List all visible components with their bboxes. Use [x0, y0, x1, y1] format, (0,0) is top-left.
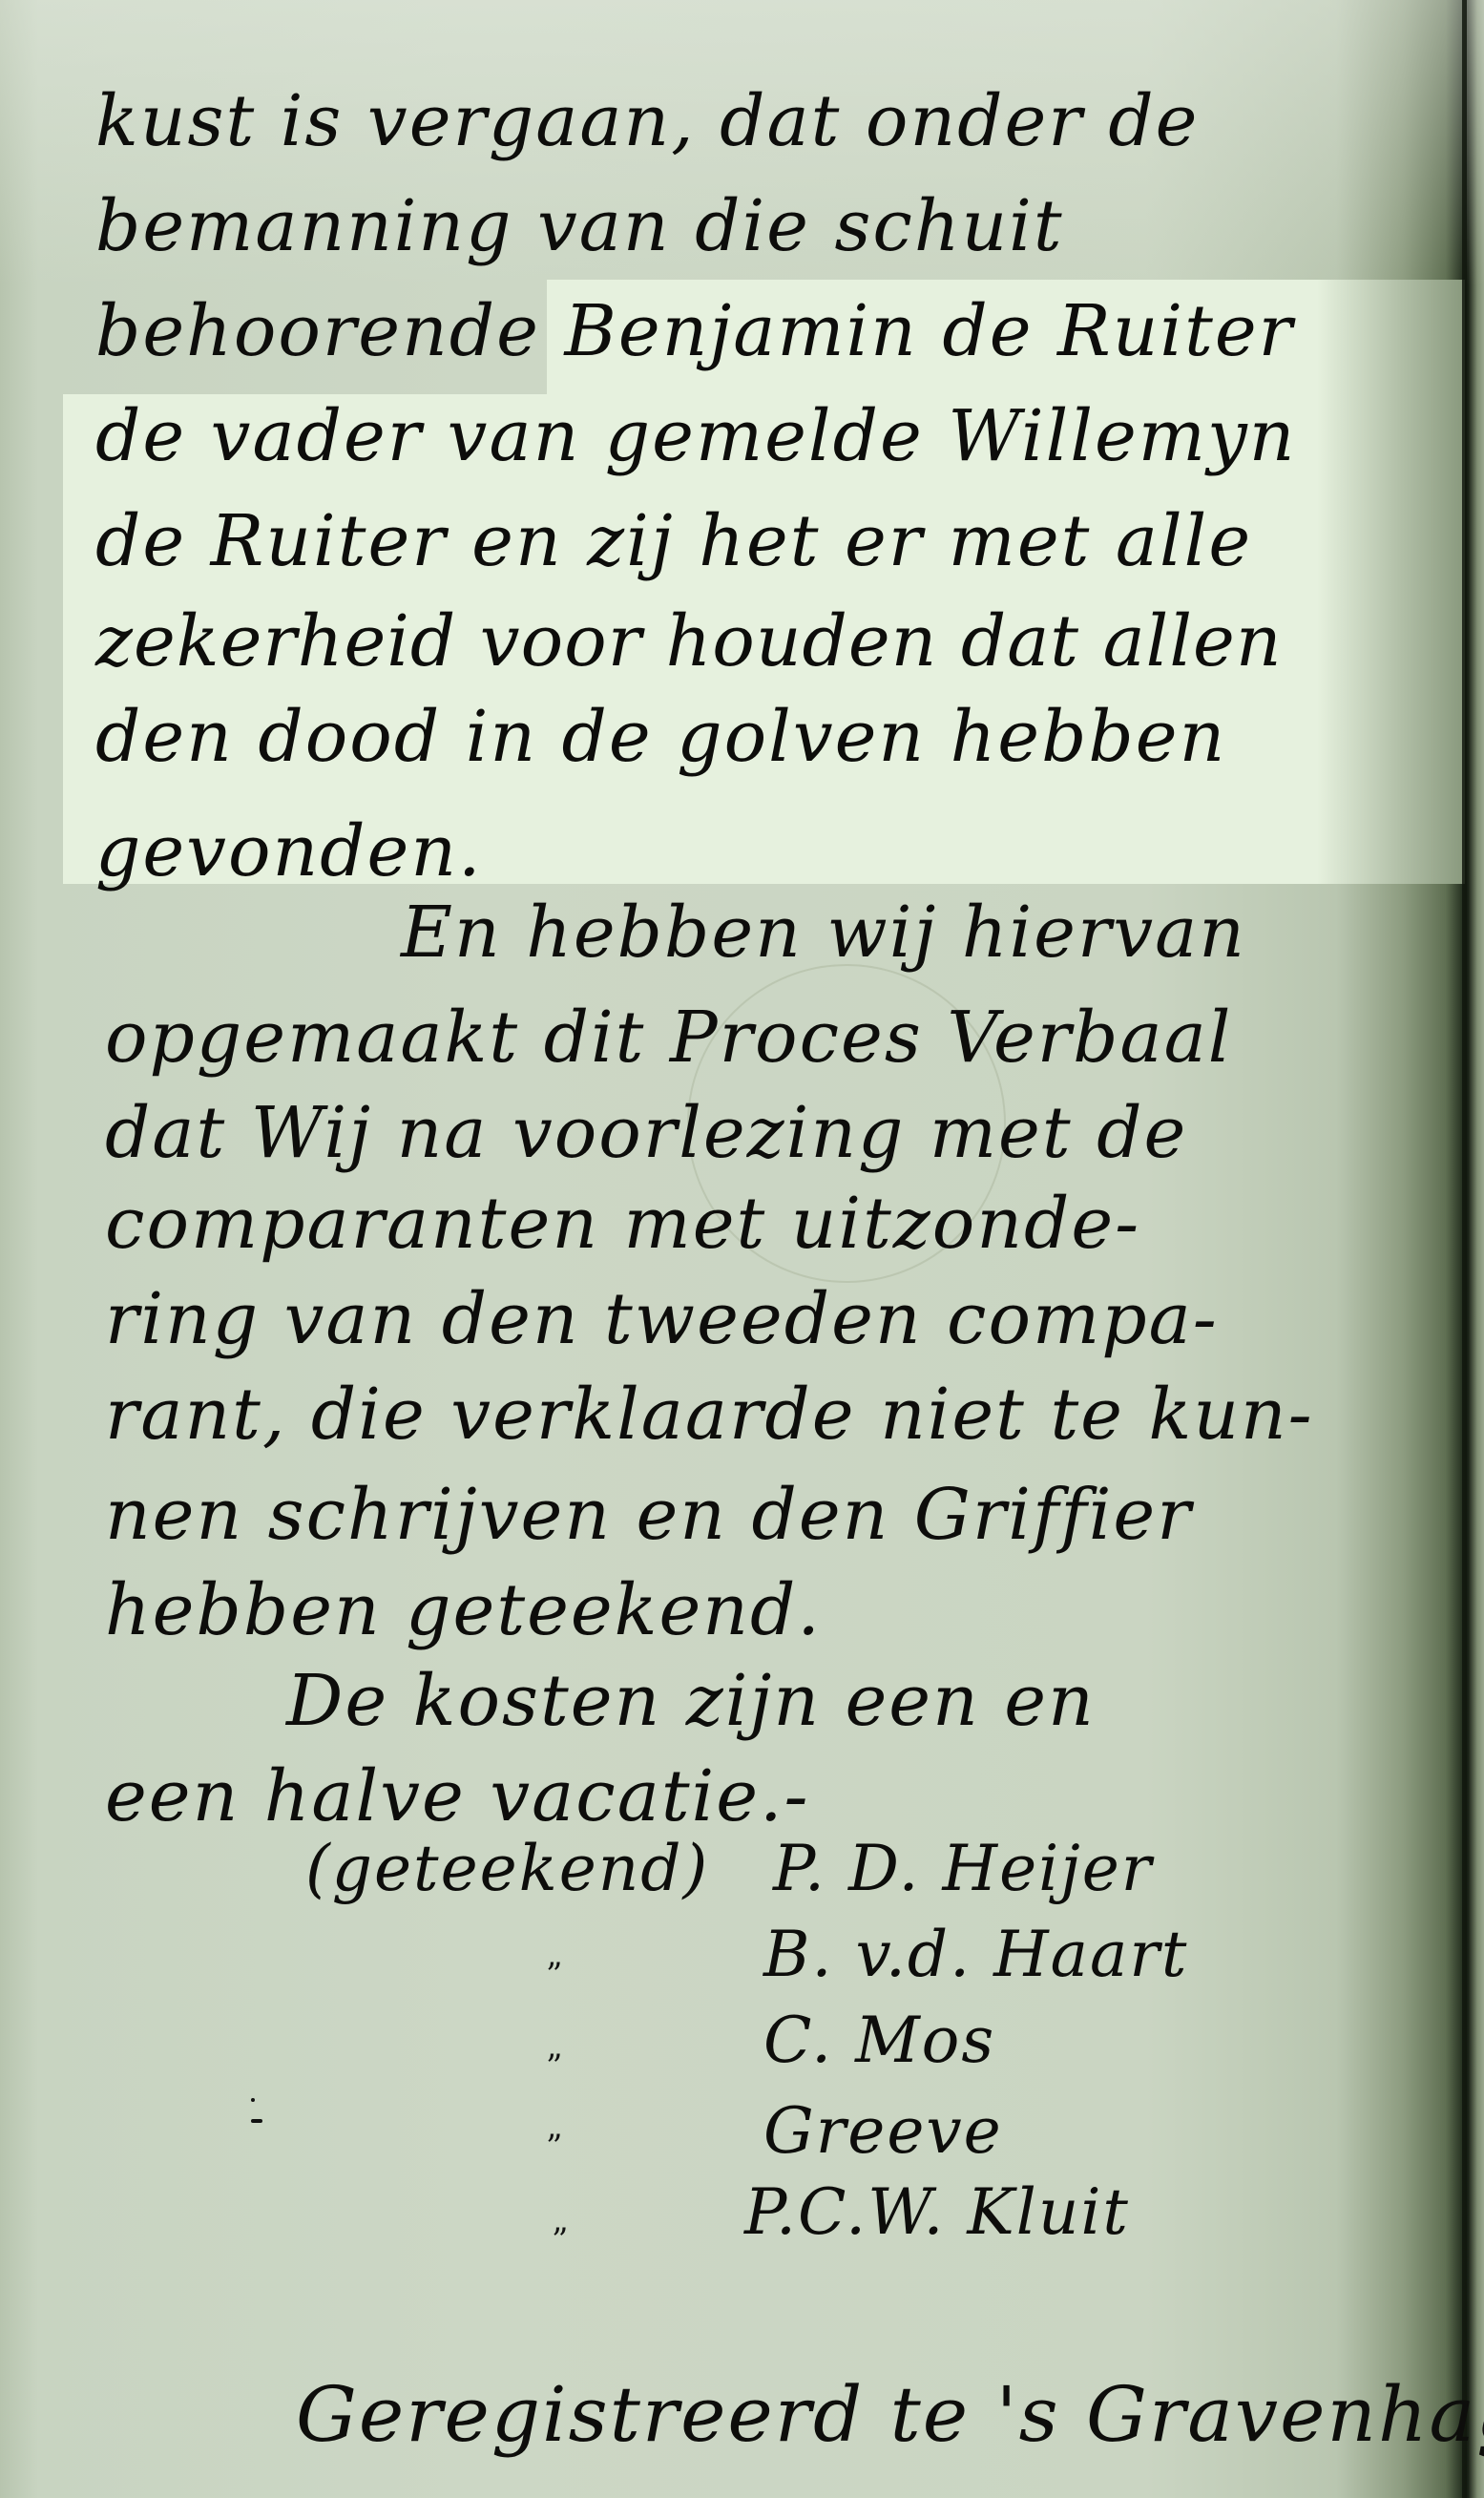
text-line-17: De kosten zijn een en: [286, 1666, 1096, 1736]
signature-mos: C. Mos: [763, 2009, 995, 2072]
text-line-3: behoorende Benjamin de Ruiter: [95, 296, 1294, 367]
signed-prefix: (geteekend): [305, 1837, 709, 1900]
text-line-2: bemanning van die schuit: [95, 191, 1064, 262]
text-line-12: comparanten met uitzonde-: [105, 1188, 1140, 1259]
margin-dash: [251, 2119, 262, 2123]
signature-kluit: P.C.W. Kluit: [744, 2181, 1130, 2244]
text-line-6: zekerheid voor houden dat allen: [95, 606, 1282, 677]
highlight-edge-shadow: [1317, 280, 1465, 884]
ditto-mark-3: ”: [546, 2131, 562, 2163]
text-line-8: gevonden.: [95, 816, 483, 887]
text-line-16: hebben geteekend.: [105, 1575, 822, 1646]
text-line-13: ring van den tweeden compa-: [105, 1284, 1219, 1354]
text-line-5: de Ruiter en zij het er met alle: [95, 506, 1252, 577]
signature-haart: B. v.d. Haart: [763, 1923, 1188, 1986]
signature-heijer: P. D. Heijer: [773, 1837, 1153, 1900]
ditto-mark-4: ”: [552, 2224, 568, 2257]
text-line-15: nen schrijven en den Griffier: [105, 1480, 1193, 1550]
registration-footer: Geregistreerd te 's Gravenhag: [296, 2377, 1484, 2453]
text-line-1: kust is vergaan, dat onder de: [95, 86, 1199, 157]
text-line-14: rant, die verklaarde niet te kun-: [105, 1379, 1314, 1450]
text-line-11: dat Wij na voorlezing met de: [105, 1098, 1187, 1168]
text-line-9: En hebben wij hiervan: [401, 897, 1246, 968]
signature-greeve: Greeve: [763, 2100, 1003, 2163]
margin-dot: [251, 2098, 255, 2102]
page-fold-line: [1462, 0, 1467, 2498]
text-line-7: den dood in de golven hebben: [95, 702, 1226, 772]
text-line-4: de vader van gemelde Willemyn: [95, 401, 1296, 472]
ditto-mark-2: ”: [546, 2050, 562, 2083]
text-line-18: een halve vacatie.-: [105, 1761, 810, 1832]
ditto-mark-1: ”: [546, 1959, 562, 1991]
text-line-10: opgemaakt dit Proces Verbaal: [105, 1002, 1232, 1073]
